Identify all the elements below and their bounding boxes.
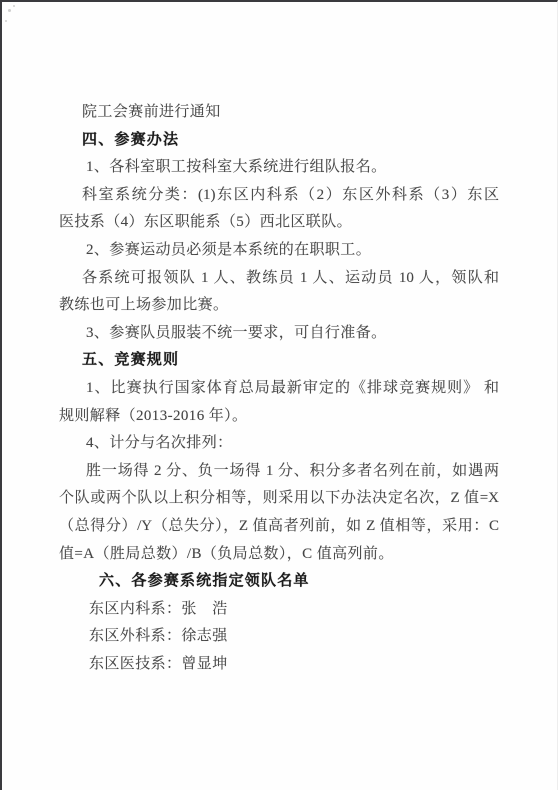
doc-line-leader: 东区内科系：张 浩 (89, 597, 558, 625)
scan-noise-dot (13, 5, 15, 7)
doc-line-notice: 院工会赛前进行通知 (82, 100, 558, 128)
document-text: 院工会赛前进行通知 四、参赛办法 1、各科室职工按科室大系统进行组队报名。 科室… (2, 100, 558, 679)
scan-noise-dot (5, 20, 7, 22)
doc-line-leader: 东区外科系：徐志强 (89, 624, 558, 652)
doc-line: 1、比赛执行国家体育总局最新审定的《排球竞赛规则》 和 (86, 376, 499, 404)
doc-line: 胜一场得 2 分、负一场得 1 分、积分多者名列在前，如遇两 (86, 459, 499, 487)
doc-line: 医技系（4）东区职能系（5）西北区联队。 (59, 210, 558, 238)
scan-noise-dot (8, 9, 11, 12)
doc-line: 个队或两个队以上积分相等，则采用以下办法决定名次，Z 值=X (59, 486, 499, 514)
doc-line: 3、参赛队员服装不统一要求，可自行准备。 (86, 321, 558, 349)
doc-line: 4、计分与名次排列： (86, 431, 558, 459)
doc-line: 科室系统分类：(1)东区内科系（2）东区外科系（3）东区 (82, 183, 499, 211)
section-heading-5: 五、竞赛规则 (82, 348, 558, 376)
doc-line: 规则解释（2013-2016 年）。 (59, 404, 558, 432)
doc-line: 1、各科室职工按科室大系统进行组队报名。 (86, 155, 558, 183)
section-heading-6: 六、各参赛系统指定领队名单 (99, 569, 558, 597)
doc-line: （总得分）/Y（总失分），Z 值高者列前，如 Z 值相等，采用：C (59, 514, 499, 542)
doc-line: 2、参赛运动员必须是本系统的在职职工。 (86, 238, 558, 266)
document-page: 院工会赛前进行通知 四、参赛办法 1、各科室职工按科室大系统进行组队报名。 科室… (0, 0, 558, 790)
section-heading-4: 四、参赛办法 (82, 128, 558, 156)
doc-line: 值=A（胜局总数）/B（负局总数），C 值高列前。 (59, 542, 558, 570)
doc-line: 各系统可报领队 1 人、教练员 1 人、运动员 10 人，领队和 (82, 266, 499, 294)
doc-line-leader: 东区医技系：曾显坤 (89, 652, 558, 680)
doc-line: 教练也可上场参加比赛。 (59, 293, 558, 321)
